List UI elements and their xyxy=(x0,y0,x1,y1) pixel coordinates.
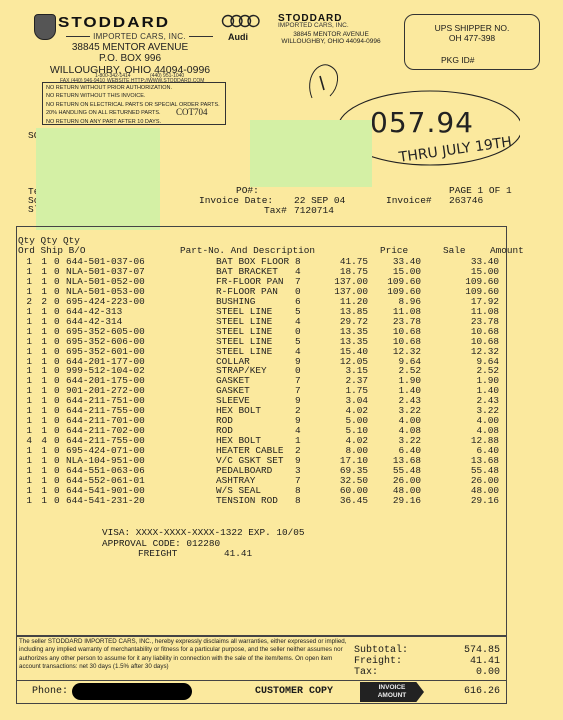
porsche-crest-icon xyxy=(34,14,56,40)
line-amount: 10.68 xyxy=(435,337,499,347)
part-description: STEEL LINE xyxy=(216,347,272,357)
line-amount: 29.16 xyxy=(435,496,499,506)
policy-line: NO RETURN ON ANY PART AFTER 10 DAYS. xyxy=(46,118,222,126)
redaction-sticker xyxy=(250,120,372,187)
audi-wordmark: Audi xyxy=(228,32,248,42)
qty-backordered: 0 xyxy=(54,337,64,347)
company-address-pobox: P.O. BOX 996 xyxy=(40,53,220,64)
part-number: 695-352-606-00 xyxy=(66,337,145,347)
header-sale: Sale xyxy=(443,246,466,256)
phone-label: Phone: xyxy=(32,686,68,697)
line-amount: 12.32 xyxy=(435,347,499,357)
freight-value: 41.41 xyxy=(440,656,500,668)
part-number: 644-541-231-20 xyxy=(66,496,145,506)
qty-shipped: 1 xyxy=(35,347,47,357)
qty-ordered: 1 xyxy=(20,337,32,347)
list-price: 36.45 xyxy=(320,496,368,506)
payment-notes: VISA: XXXX-XXXX-XXXX-1322 EXP. 10/05 APP… xyxy=(102,528,305,549)
part-description: STEEL LINE xyxy=(216,337,272,347)
ups-shipper-number: OH 477-398 xyxy=(405,33,539,43)
invoice-amount-label-2: AMOUNT xyxy=(360,692,424,700)
qty-shipped: 1 xyxy=(35,337,47,347)
ups-shipper-title: UPS SHIPPER NO. xyxy=(405,23,539,33)
company-name: STODDARD xyxy=(58,14,170,31)
header-amount: Amount xyxy=(490,246,524,256)
invoice-amount-value: 616.26 xyxy=(460,686,500,697)
list-price: 15.40 xyxy=(320,347,368,357)
visa-line: VISA: XXXX-XXXX-XXXX-1322 EXP. 10/05 xyxy=(102,527,305,538)
audi-rings-icon xyxy=(221,14,261,28)
qty-backordered: 0 xyxy=(54,496,64,506)
tax-value: 0.00 xyxy=(440,667,500,679)
approval-line: APPROVAL CODE: 012280 xyxy=(102,538,220,549)
return-policy-box: NO RETURN WITHOUT PRIOR AUTHORIZATION. N… xyxy=(42,82,226,125)
header-qty-bottom: Ord Ship B/O xyxy=(18,246,86,256)
qty-ordered: 1 xyxy=(20,496,32,506)
freight-note-value: 41.41 xyxy=(224,549,252,559)
sale-price: 10.68 xyxy=(378,337,421,347)
line-code: 8 xyxy=(295,496,305,506)
sale-price: 12.32 xyxy=(378,347,421,357)
line-code: 4 xyxy=(295,347,305,357)
qty-backordered: 0 xyxy=(54,347,64,357)
invoice-amount-label-1: INVOICE xyxy=(360,684,424,692)
line-code: 5 xyxy=(295,337,305,347)
header-price: Price xyxy=(380,246,408,256)
invoice-number-label: Invoice# xyxy=(386,195,432,206)
policy-line: NO RETURN WITHOUT THIS INVOICE. xyxy=(46,92,222,100)
policy-line: NO RETURN WITHOUT PRIOR AUTHORIZATION. xyxy=(46,84,222,92)
invoice-date-label: Invoice Date: xyxy=(199,195,273,206)
shipping-address-street: 38845 MENTOR AVENUE xyxy=(276,31,386,38)
warranty-disclaimer: The seller STODDARD IMPORTED CARS, INC.,… xyxy=(19,638,349,672)
part-number: 695-352-601-00 xyxy=(66,347,145,357)
tax-number: 7120714 xyxy=(294,205,334,216)
redaction-sticker xyxy=(36,128,160,230)
freight-label: Freight: xyxy=(354,656,402,668)
subtotal-label: Subtotal: xyxy=(354,645,408,657)
qty-shipped: 1 xyxy=(35,496,47,506)
invoice-number: 263746 xyxy=(449,195,483,206)
header-part-description: Part-No. And Description xyxy=(180,246,315,256)
policy-code: COT704 xyxy=(176,108,208,116)
shipping-address-city: WILLOUGHBY, OHIO 44094-0996 xyxy=(276,38,386,45)
handwritten-amount: 057.94 xyxy=(370,106,474,139)
phone-redaction xyxy=(72,683,192,700)
sale-price: 29.16 xyxy=(378,496,421,506)
company-address-street: 38845 MENTOR AVENUE xyxy=(40,42,220,53)
qty-ordered: 1 xyxy=(20,347,32,357)
tax-label: Tax# xyxy=(264,205,287,216)
list-price: 13.35 xyxy=(320,337,368,347)
subtotal-value: 574.85 xyxy=(440,645,500,657)
footer-divider xyxy=(16,680,507,681)
company-subtitle: IMPORTED CARS, INC. xyxy=(62,32,217,41)
invoice-amount-badge: INVOICE AMOUNT xyxy=(360,682,424,702)
part-description: TENSION ROD xyxy=(216,496,278,506)
freight-note-label: FREIGHT xyxy=(138,549,177,559)
tax-total-label: Tax: xyxy=(354,667,378,679)
customer-copy-label: CUSTOMER COPY xyxy=(255,686,333,697)
shipping-company-subtitle: IMPORTED CARS, INC. xyxy=(278,22,349,29)
